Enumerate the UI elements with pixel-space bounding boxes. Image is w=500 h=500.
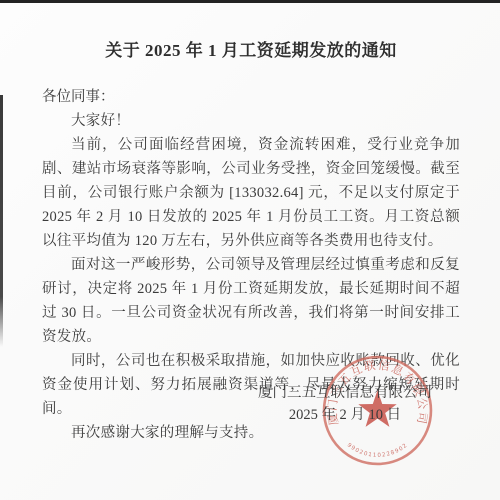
svg-text:99020110228902: 99020110228902 bbox=[346, 442, 410, 459]
paragraph-greeting: 大家好！ bbox=[42, 109, 460, 133]
paragraph-situation: 当前，公司面临经营困境，资金流转困难，受行业竞争加剧、建站市场衰落等影响，公司业… bbox=[42, 133, 460, 253]
document-photo: 关于 2025 年 1 月工资延期发放的通知 各位同事： 大家好！ 当前，公司面… bbox=[0, 0, 500, 500]
seal-serial-number: 99020110228902 bbox=[346, 442, 410, 459]
signature-date: 2025 年 2 月 10 日 bbox=[258, 404, 432, 426]
notice-title: 关于 2025 年 1 月工资延期发放的通知 bbox=[42, 36, 460, 61]
salutation: 各位同事： bbox=[42, 85, 460, 109]
signature-block: 厦门三五互联信息有限公司 2025 年 2 月 10 日 bbox=[258, 382, 432, 426]
photo-top-edge bbox=[0, 0, 500, 3]
paragraph-decision: 面对这一严峻形势，公司领导及管理层经过慎重考虑和反复研讨，决定将 2025 年 … bbox=[42, 253, 460, 349]
photo-left-edge bbox=[0, 95, 3, 347]
signature-company: 厦门三五互联信息有限公司 bbox=[258, 382, 432, 404]
